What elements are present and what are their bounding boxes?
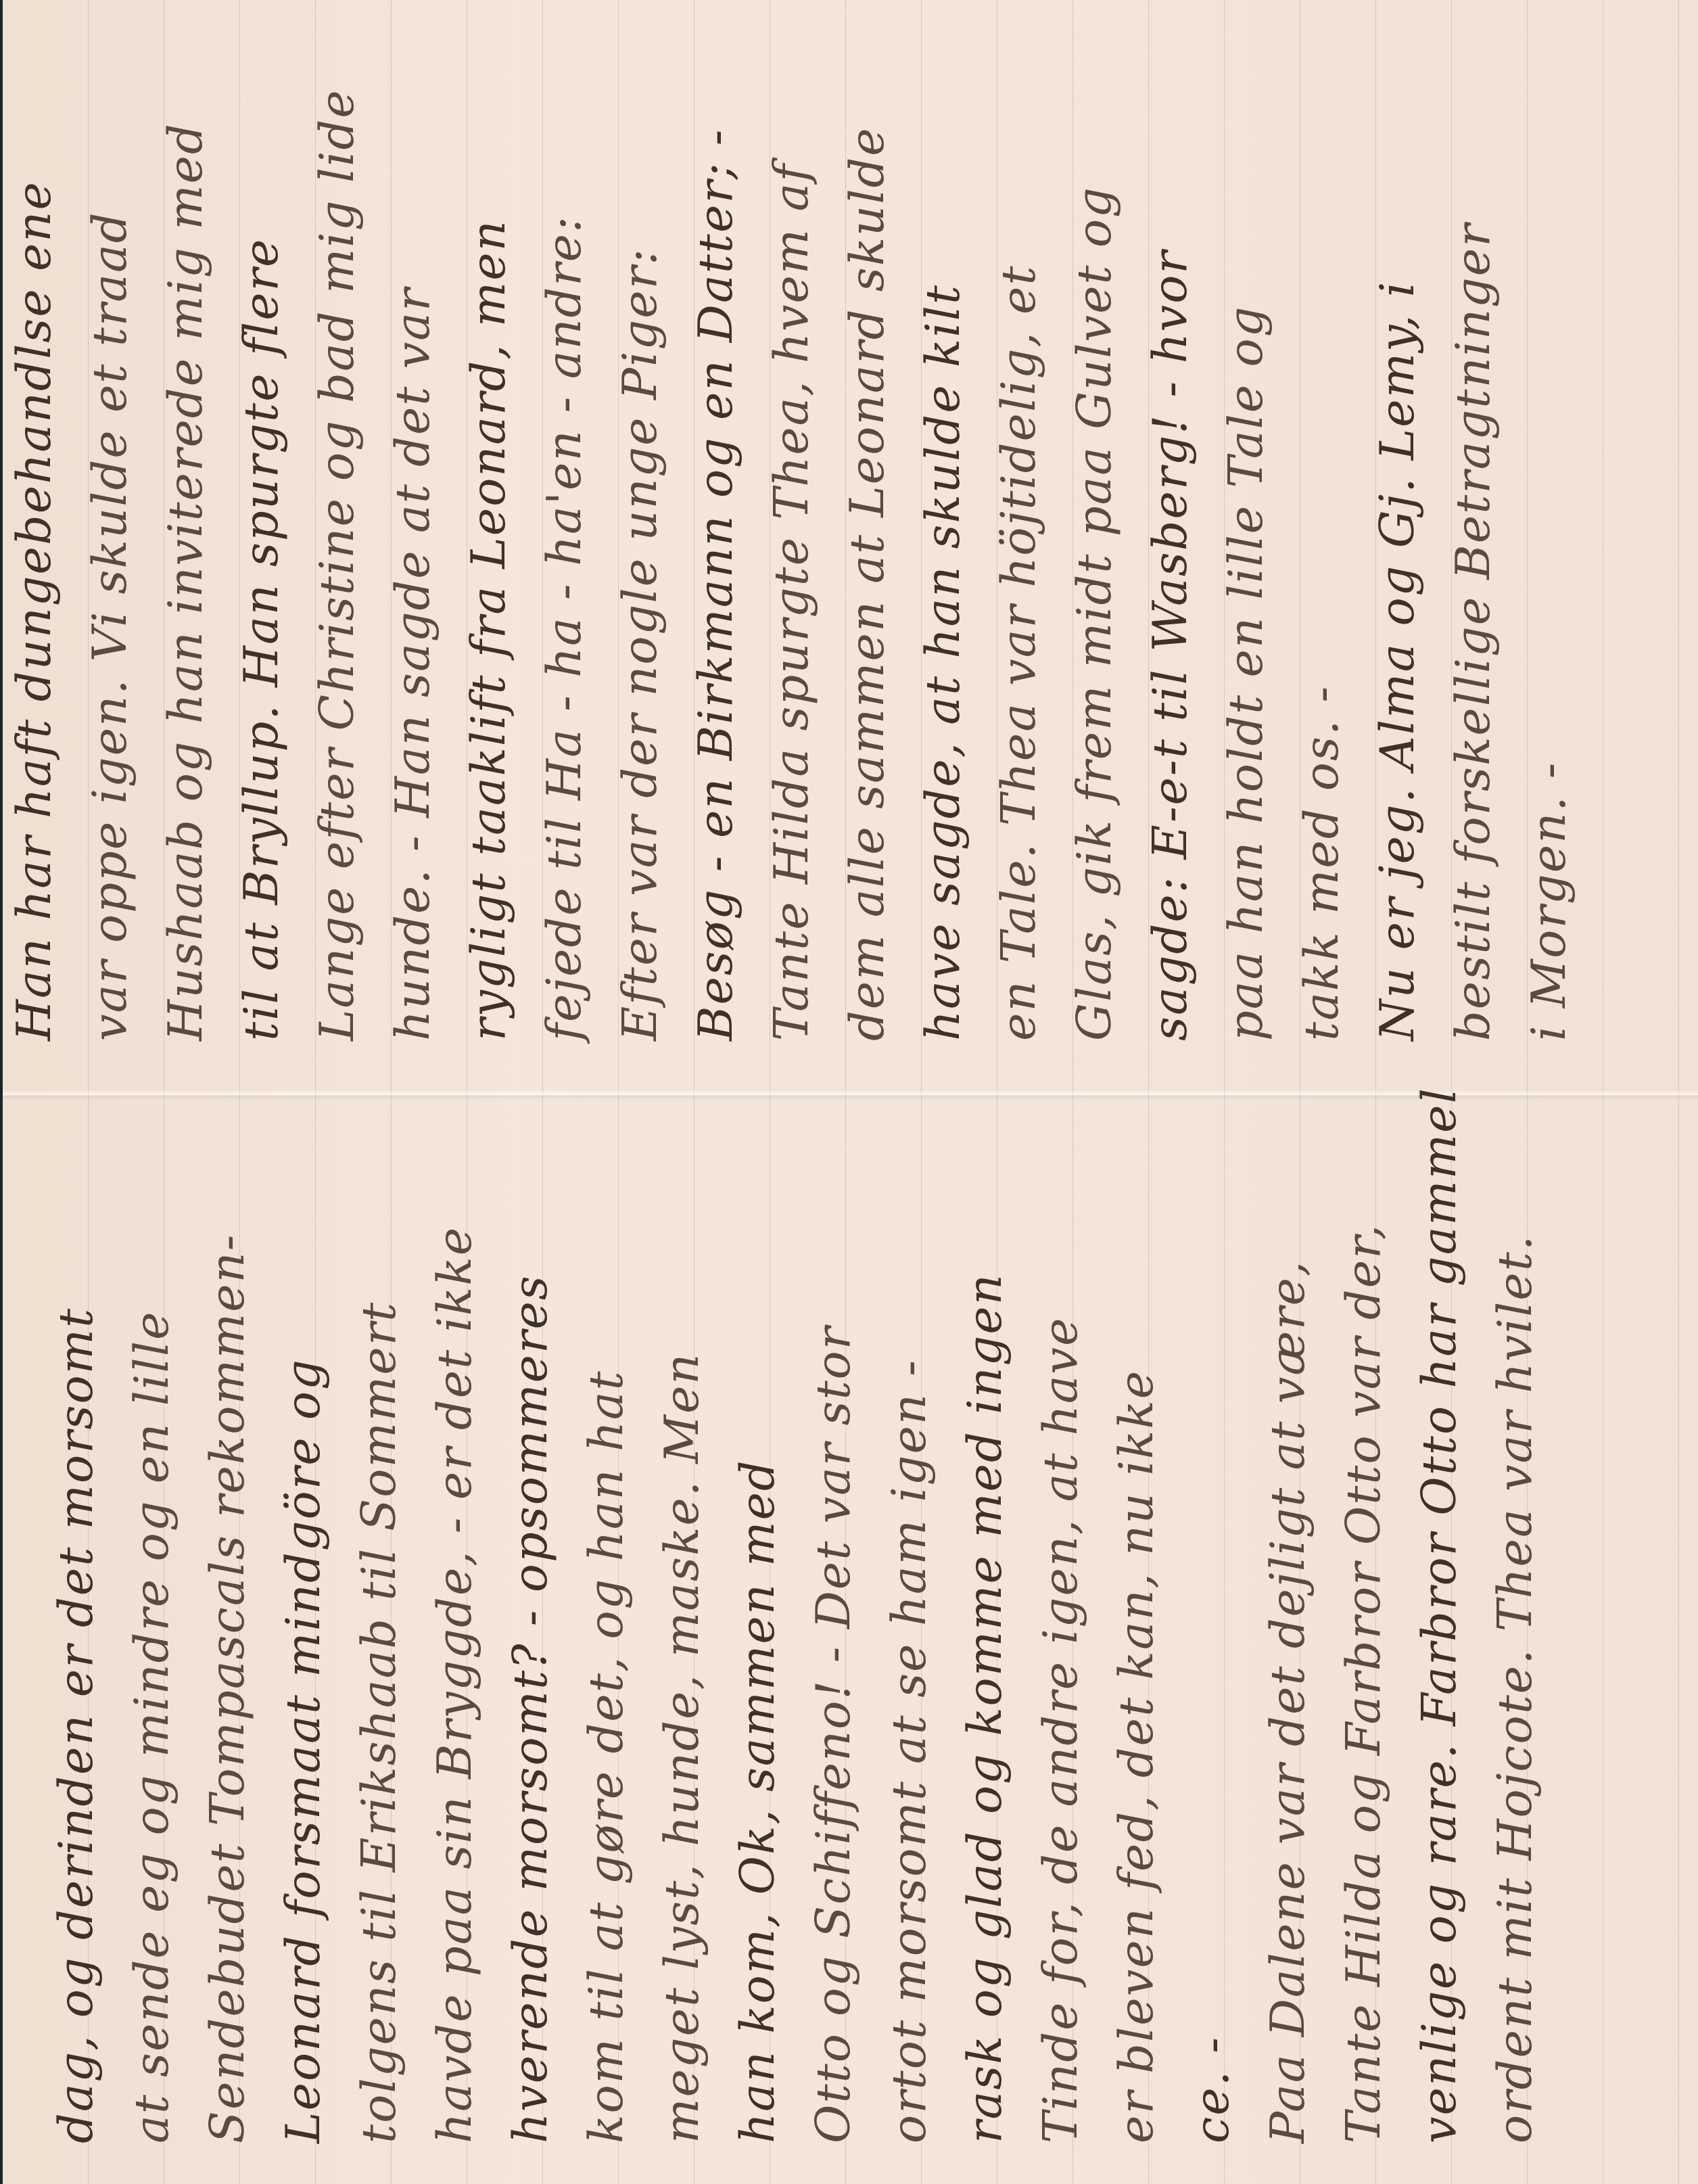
handwritten-line: Efter var der nogle unge Piger: xyxy=(612,248,667,1041)
handwritten-line: tolgens til Erikshaab til Sommert xyxy=(351,1301,406,2143)
handwritten-line: Besøg - en Birkmann og en Datter; - xyxy=(688,129,743,1041)
handwritten-line: han kom, Ok, sammen med xyxy=(730,1459,785,2143)
handwritten-line: Paa Dalene var det dejligt at være, xyxy=(1260,1260,1315,2143)
handwritten-line: dem alle sammen at Leonard skulde xyxy=(839,126,895,1041)
handwritten-line: hunde. - Han sagde at det var xyxy=(385,287,440,1041)
letter-content: dag, og derinden er det morsomtat sende … xyxy=(0,0,1698,2184)
handwritten-line: Han har haft dungebehandlse ene xyxy=(6,181,62,1041)
handwritten-line: at sende eg og mindre og en lille xyxy=(124,1311,179,2143)
handwritten-line: meget lyst, hunde, maske. Men xyxy=(654,1353,709,2143)
handwritten-line: rygligt taaklift fra Leonard, men xyxy=(461,219,516,1041)
handwritten-line: paa han holdt en lille Tale og xyxy=(1218,306,1273,1041)
handwritten-line: fejede til Ha - ha - ha'en - andre: xyxy=(536,215,592,1041)
handwritten-line: Otto og Schiffeno! - Det var stor xyxy=(805,1326,861,2143)
handwritten-line: Hushaab og han inviterede mig med xyxy=(158,122,213,1041)
handwritten-line: Leonard forsmaat mindgöre og xyxy=(275,1358,331,2143)
handwritten-line: Nu er jeg. Alma og Gj. Lemy, i xyxy=(1369,281,1425,1041)
handwritten-line: ordent mit Hojcote. Thea var hvilet. xyxy=(1487,1234,1542,2143)
handwritten-line: ortot morsomt at se ham igen - xyxy=(881,1359,937,2143)
handwritten-line: Lange efter Christine og bad mig lide xyxy=(309,89,364,1041)
handwritten-line: Glas, gik frem midt paa Gulvet og xyxy=(1066,186,1122,1041)
handwritten-line: hverende morsomt? - opsommeres xyxy=(502,1274,558,2143)
handwritten-line: Sendebudet Tompascals rekommen- xyxy=(199,1234,255,2143)
handwritten-line: takk med os. - xyxy=(1294,685,1349,1041)
letter-page-right: Han har haft dungebehandlse enevar oppe … xyxy=(0,0,1698,1082)
handwritten-line: Tante Hilda og Farbror Otto var der, xyxy=(1336,1224,1391,2143)
handwritten-line: en Tale. Thea var höjtidelig, et xyxy=(991,264,1046,1041)
handwritten-line: bestilt forskellige Betragtninger xyxy=(1445,223,1501,1041)
handwritten-line: var oppe igen. Vi skulde et traad xyxy=(82,211,137,1041)
handwritten-line: sagde: E-e-t til Wasberg! - hvor xyxy=(1142,250,1198,1041)
handwritten-line: dag, og derinden er det morsomt xyxy=(48,1307,103,2143)
handwritten-line: ce. - xyxy=(1184,2036,1240,2143)
handwritten-line: havde paa sin Bryggde, - er det ikke xyxy=(427,1226,482,2143)
handwritten-line: til at Bryllup. Han spurgte flere xyxy=(233,237,289,1041)
handwritten-line: er bleven fed, det kan, nu ikke xyxy=(1108,1370,1164,2143)
handwritten-line: rask og glad og komme med ingen xyxy=(957,1273,1012,2143)
handwritten-line: Tante Hilda spurgte Thea, hvem af xyxy=(763,163,819,1041)
handwritten-line: kom til at gøre det, og han hat xyxy=(578,1370,634,2143)
handwritten-line: have sagde, at han skulde kilt xyxy=(915,284,970,1041)
handwritten-line: venlige og rare. Farbror Otto har gammel xyxy=(1411,1087,1467,2143)
handwritten-line: i Morgen. - xyxy=(1521,762,1576,1041)
handwritten-line: Tinde for, de andre igen, at have xyxy=(1033,1317,1088,2143)
letter-page-left: dag, og derinden er det morsomtat sende … xyxy=(0,1094,1698,2184)
